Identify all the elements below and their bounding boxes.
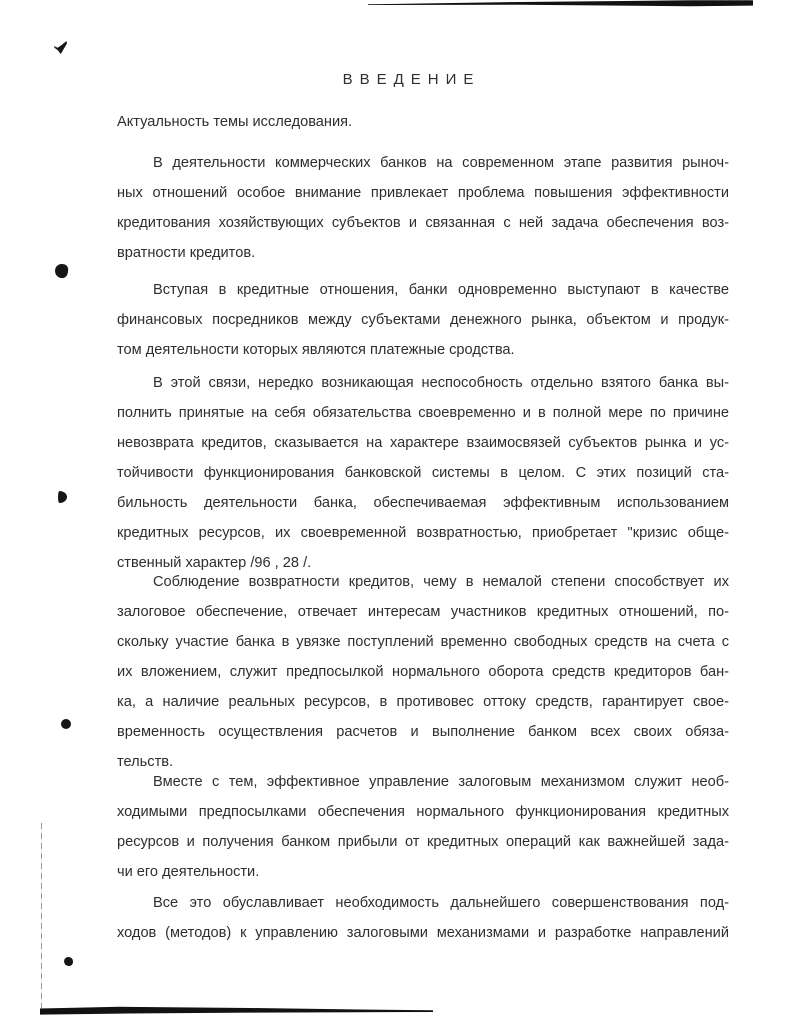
text-line: бильность деятельности банка, обеспечива… bbox=[117, 488, 729, 518]
paragraph: Все это обуславливает необходимость даль… bbox=[117, 888, 729, 948]
scan-fold-line bbox=[41, 823, 42, 1009]
text-line: том деятельности которых являются платеж… bbox=[117, 335, 729, 365]
text-line: скольку участие банка в увязке поступлен… bbox=[117, 627, 729, 657]
text-line: чи его деятельности. bbox=[117, 857, 729, 887]
text-line: Вступая в кредитные отношения, банки одн… bbox=[117, 275, 729, 305]
text-line: тойчивости функционирования банковской с… bbox=[117, 458, 729, 488]
section-heading: Актуальность темы исследования. bbox=[117, 107, 352, 137]
ink-blob-artifact bbox=[58, 491, 67, 503]
page-title: ВВЕДЕНИЕ bbox=[0, 70, 793, 90]
scan-edge-top-bar bbox=[368, 0, 753, 6]
text-line: невозврата кредитов, сказывается на хара… bbox=[117, 428, 729, 458]
text-line: кредитования хозяйствующих субъектов и с… bbox=[117, 208, 729, 238]
ink-blob-artifact bbox=[54, 263, 69, 279]
text-line: Все это обуславливает необходимость даль… bbox=[117, 888, 729, 918]
ink-checkmark-artifact bbox=[54, 41, 67, 54]
text-line: ных отношений особое внимание привлекает… bbox=[117, 178, 729, 208]
text-line: ка, а наличие реальных ресурсов, в проти… bbox=[117, 687, 729, 717]
text-line: вратности кредитов. bbox=[117, 238, 729, 268]
text-line: ходов (методов) к управлению залоговыми … bbox=[117, 918, 729, 948]
paragraph: В деятельности коммерческих банков на со… bbox=[117, 148, 729, 268]
text-line: финансовых посредников между субъектами … bbox=[117, 305, 729, 335]
paragraph: Соблюдение возвратности кредитов, чему в… bbox=[117, 567, 729, 777]
text-line: Соблюдение возвратности кредитов, чему в… bbox=[117, 567, 729, 597]
text-line: Вместе с тем, эффективное управление зал… bbox=[117, 767, 729, 797]
text-line: В деятельности коммерческих банков на со… bbox=[117, 148, 729, 178]
text-line: ресурсов и получения банком прибыли от к… bbox=[117, 827, 729, 857]
scanned-document-page: ВВЕДЕНИЕ Актуальность темы исследования.… bbox=[0, 0, 793, 1020]
text-line: кредитных ресурсов, их своевременной воз… bbox=[117, 518, 729, 548]
scan-edge-bottom-bar bbox=[40, 1007, 433, 1015]
ink-blob-artifact bbox=[61, 719, 71, 729]
text-line: залоговое обеспечение, отвечает интереса… bbox=[117, 597, 729, 627]
ink-dot-artifact bbox=[64, 957, 73, 966]
text-line: их вложением, служит предпосылкой нормал… bbox=[117, 657, 729, 687]
text-line: полнить принятые на себя обязательства с… bbox=[117, 398, 729, 428]
text-line: временность осуществления расчетов и вып… bbox=[117, 717, 729, 747]
paragraph: Вместе с тем, эффективное управление зал… bbox=[117, 767, 729, 887]
paragraph: Вступая в кредитные отношения, банки одн… bbox=[117, 275, 729, 365]
text-line: ходимыми предпосылками обеспечения норма… bbox=[117, 797, 729, 827]
paragraph: В этой связи, нередко возникающая неспос… bbox=[117, 368, 729, 578]
text-line: В этой связи, нередко возникающая неспос… bbox=[117, 368, 729, 398]
